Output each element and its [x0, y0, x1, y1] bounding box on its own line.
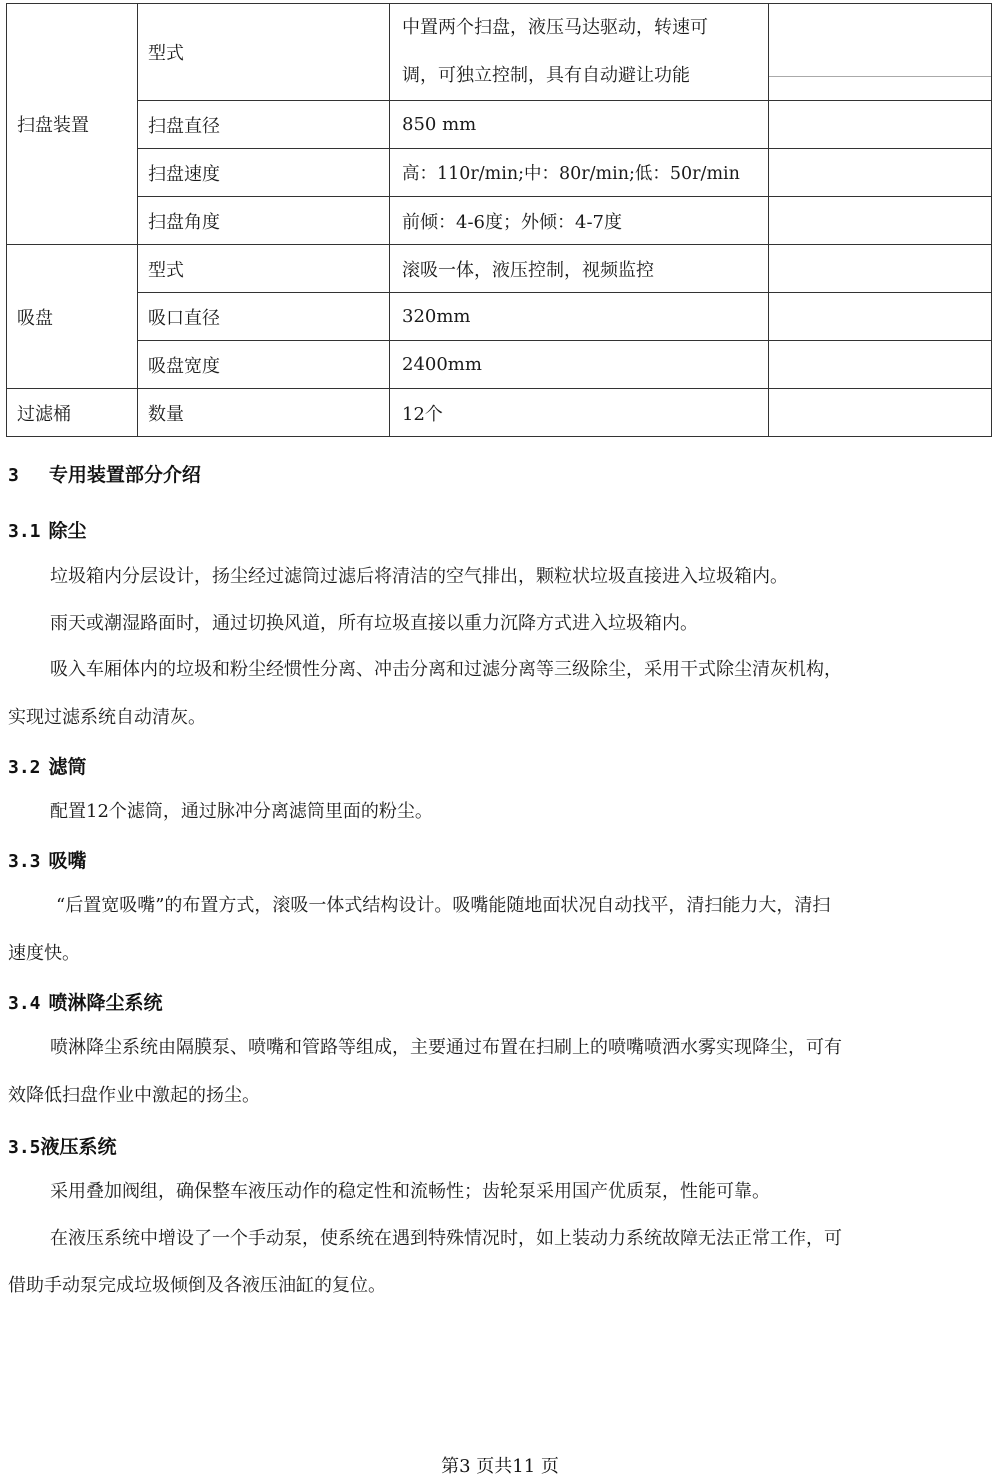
- paragraph-line: 在液压系统中增设了一个手动泵，使系统在遇到特殊情况时，如上装动力系统故障无法正常…: [50, 1215, 1000, 1263]
- table-row: 吸盘 型式 滚吸一体，液压控制，视频监控: [7, 245, 992, 293]
- value-cell: 高：110r/min;中：80r/min;低：50r/min: [390, 149, 769, 197]
- subsection-number: 3.4: [8, 993, 41, 1014]
- value-cell: 滚吸一体，液压控制，视频监控: [390, 245, 769, 293]
- note-cell: [769, 341, 992, 389]
- paragraph: 雨天或潮湿路面时，通过切换风道，所有垃圾直接以重力沉降方式进入垃圾箱内。: [50, 600, 1000, 648]
- note-cell: [769, 101, 992, 149]
- value-cell: 中置两个扫盘，液压马达驱动，转速可 调，可独立控制，具有自动避让功能: [390, 4, 769, 101]
- param-cell: 扫盘速度: [138, 149, 390, 197]
- table-row: 扫盘速度 高：110r/min;中：80r/min;低：50r/min: [7, 149, 992, 197]
- paragraph-line: 喷淋降尘系统由隔膜泵、喷嘴和管路等组成，主要通过布置在扫刷上的喷嘴喷洒水雾实现降…: [50, 1024, 1000, 1072]
- note-cell: [769, 4, 992, 101]
- category-cell: 吸盘: [7, 245, 138, 389]
- section-title: 专用装置部分介绍: [49, 464, 201, 486]
- note-cell: [769, 149, 992, 197]
- subsection-number: 3.1: [8, 521, 41, 542]
- subsection-title: 吸嘴: [49, 850, 87, 872]
- subsection-heading-3-1: 3.1除尘: [8, 516, 87, 543]
- paragraph-line: 借助手动泵完成垃圾倾倒及各液压油缸的复位。: [8, 1262, 998, 1310]
- param-cell: 吸口直径: [138, 293, 390, 341]
- table-row: 扫盘装置 型式 中置两个扫盘，液压马达驱动，转速可 调，可独立控制，具有自动避让…: [7, 4, 992, 101]
- paragraph-line: 实现过滤系统自动清灰。: [8, 694, 998, 742]
- subsection-heading-3-2: 3.2滤筒: [8, 752, 87, 779]
- paragraph: 垃圾箱内分层设计，扬尘经过滤筒过滤后将清洁的空气排出，颗粒状垃圾直接进入垃圾箱内…: [50, 553, 1000, 601]
- table-row: 吸盘宽度 2400mm: [7, 341, 992, 389]
- value-line: 中置两个扫盘，液压马达驱动，转速可: [402, 4, 768, 52]
- value-cell: 850 mm: [390, 101, 769, 149]
- section-number: 3: [8, 465, 19, 486]
- paragraph-line: “后置宽吸嘴”的布置方式，滚吸一体式结构设计。吸嘴能随地面状况自动找平，清扫能力…: [56, 882, 1000, 930]
- subsection-number: 3.3: [8, 851, 41, 872]
- table-row: 过滤桶 数量 12个: [7, 389, 992, 437]
- param-cell: 数量: [138, 389, 390, 437]
- paragraph-line: 速度快。: [8, 930, 998, 978]
- paragraph: 配置12个滤筒，通过脉冲分离滤筒里面的粉尘。: [50, 788, 1000, 836]
- note-cell: [769, 245, 992, 293]
- note-cell: [769, 293, 992, 341]
- value-cell: 12个: [390, 389, 769, 437]
- paragraph-line: 吸入车厢体内的垃圾和粉尘经惯性分离、冲击分离和过滤分离等三级除尘，采用干式除尘清…: [50, 646, 1000, 694]
- subsection-number: 3.2: [8, 757, 41, 778]
- note-cell: [769, 197, 992, 245]
- subsection-title: 喷淋降尘系统: [49, 992, 163, 1014]
- table-row: 扫盘直径 850 mm: [7, 101, 992, 149]
- param-cell: 吸盘宽度: [138, 341, 390, 389]
- category-cell: 扫盘装置: [7, 4, 138, 245]
- param-cell: 扫盘角度: [138, 197, 390, 245]
- param-cell: 型式: [138, 245, 390, 293]
- page-number-footer: 第3 页共11 页: [0, 1452, 1000, 1478]
- subsection-number: 3.5: [8, 1137, 41, 1158]
- table-row: 扫盘角度 前倾：4-6度；外倾：4-7度: [7, 197, 992, 245]
- value-cell: 前倾：4-6度；外倾：4-7度: [390, 197, 769, 245]
- table-row: 吸口直径 320mm: [7, 293, 992, 341]
- param-cell: 型式: [138, 4, 390, 101]
- spec-table: 扫盘装置 型式 中置两个扫盘，液压马达驱动，转速可 调，可独立控制，具有自动避让…: [6, 3, 992, 437]
- value-cell: 2400mm: [390, 341, 769, 389]
- param-cell: 扫盘直径: [138, 101, 390, 149]
- value-line: 调，可独立控制，具有自动避让功能: [402, 52, 768, 100]
- paragraph: 采用叠加阀组，确保整车液压动作的稳定性和流畅性；齿轮泵采用国产优质泵，性能可靠。: [50, 1168, 1000, 1216]
- subsection-heading-3-3: 3.3吸嘴: [8, 846, 87, 873]
- subsection-title: 除尘: [49, 520, 87, 542]
- section-heading: 3专用装置部分介绍: [8, 460, 201, 487]
- subsection-heading-3-5: 3.5液压系统: [8, 1132, 117, 1159]
- paragraph-line: 效降低扫盘作业中激起的扬尘。: [8, 1072, 998, 1120]
- note-cell: [769, 389, 992, 437]
- subsection-title: 滤筒: [49, 756, 87, 778]
- value-cell: 320mm: [390, 293, 769, 341]
- subsection-title: 液压系统: [41, 1136, 117, 1158]
- category-cell: 过滤桶: [7, 389, 138, 437]
- subsection-heading-3-4: 3.4喷淋降尘系统: [8, 988, 163, 1015]
